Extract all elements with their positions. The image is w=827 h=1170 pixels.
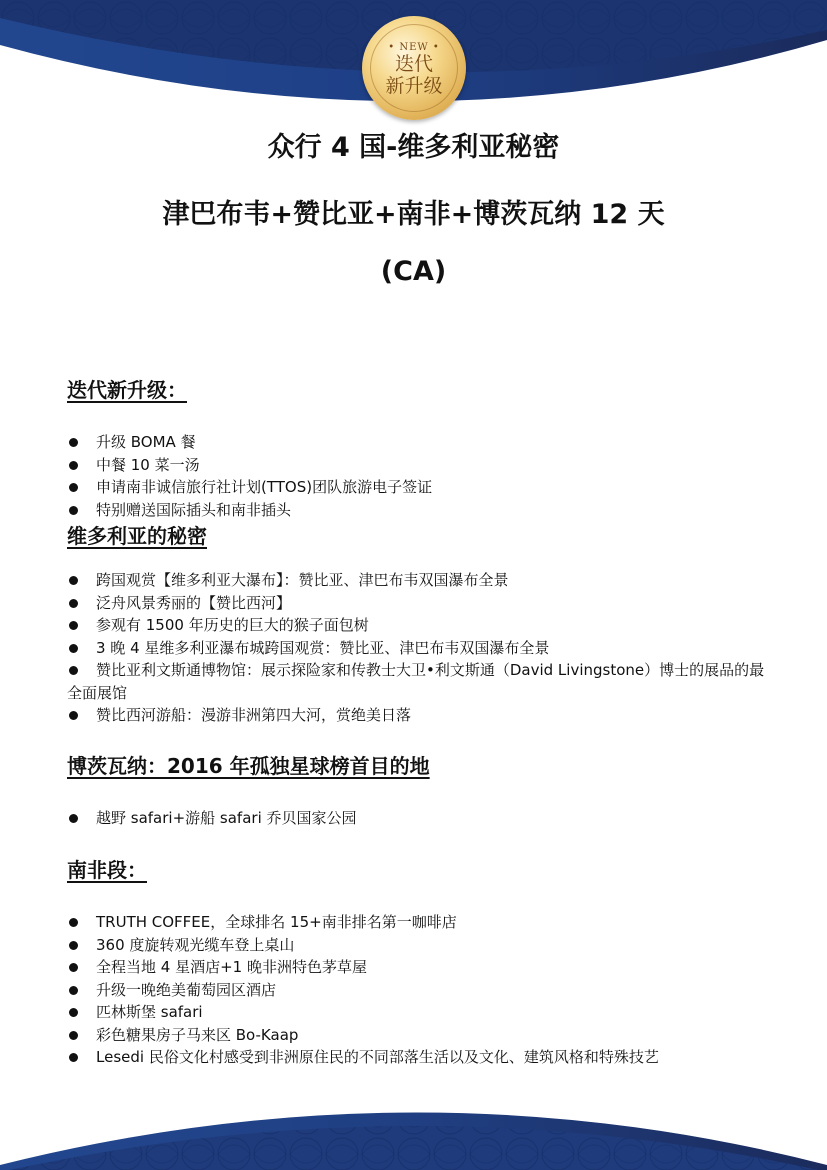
south-africa-list: TRUTH COFFEE，全球排名 15+南非排名第一咖啡店 360 度旋转观光… xyxy=(67,911,659,1069)
badge-ring xyxy=(370,24,458,112)
list-item: 匹林斯堡 safari xyxy=(67,1001,659,1024)
botswana-list: 越野 safari+游船 safari 乔贝国家公园 xyxy=(67,807,430,830)
page-title-line-3: (CA) xyxy=(0,256,827,287)
section-heading: 博茨瓦纳：2016 年孤独星球榜首目的地 xyxy=(67,750,430,779)
section-south-africa: 南非段： TRUTH COFFEE，全球排名 15+南非排名第一咖啡店 360 … xyxy=(67,854,659,1069)
list-item: 360 度旋转观光缆车登上桌山 xyxy=(67,934,659,957)
section-heading: 迭代新升级： xyxy=(67,374,432,403)
footer-banner xyxy=(0,1100,827,1170)
section-heading: 维多利亚的秘密 xyxy=(67,520,777,549)
list-item: 申请南非诚信旅行社计划(TTOS)团队旅游电子签证 xyxy=(67,476,432,499)
list-item: 全程当地 4 星酒店+1 晚非洲特色茅草屋 xyxy=(67,956,659,979)
list-item: 彩色糖果房子马来区 Bo-Kaap xyxy=(67,1024,659,1047)
list-item: 中餐 10 菜一汤 xyxy=(67,454,432,477)
list-item: 特别赠送国际插头和南非插头 xyxy=(67,499,432,522)
section-botswana: 博茨瓦纳：2016 年孤独星球榜首目的地 越野 safari+游船 safari… xyxy=(67,750,430,830)
list-item: 越野 safari+游船 safari 乔贝国家公园 xyxy=(67,807,430,830)
section-upgrades: 迭代新升级： 升级 BOMA 餐 中餐 10 菜一汤 申请南非诚信旅行社计划(T… xyxy=(67,374,432,521)
page-title-line-2: 津巴布韦+赞比亚+南非+博茨瓦纳 12 天 xyxy=(0,192,827,231)
list-item: 升级 BOMA 餐 xyxy=(67,431,432,454)
list-item: Lesedi 民俗文化村感受到非洲原住民的不同部落生活以及文化、建筑风格和特殊技… xyxy=(67,1046,659,1069)
victoria-list: 跨国观赏【维多利亚大瀑布】：赞比亚、津巴布韦双国瀑布全景 泛舟风景秀丽的【赞比西… xyxy=(67,569,777,727)
page-title-line-1: 众行 4 国-维多利亚秘密 xyxy=(0,125,827,164)
list-item: 赞比西河游船：漫游非洲第四大河，赏绝美日落 xyxy=(67,704,777,727)
list-item: 参观有 1500 年历史的巨大的猴子面包树 xyxy=(67,614,777,637)
list-item: TRUTH COFFEE，全球排名 15+南非排名第一咖啡店 xyxy=(67,911,659,934)
list-item: 泛舟风景秀丽的【赞比西河】 xyxy=(67,592,777,615)
list-item: 跨国观赏【维多利亚大瀑布】：赞比亚、津巴布韦双国瀑布全景 xyxy=(67,569,777,592)
new-upgrade-badge: • NEW • 迭代 新升级 xyxy=(362,16,466,120)
list-item: 赞比亚利文斯通博物馆：展示探险家和传教士大卫•利文斯通（David Living… xyxy=(67,659,777,704)
list-item: 升级一晚绝美葡萄园区酒店 xyxy=(67,979,659,1002)
list-item: 3 晚 4 星维多利亚瀑布城跨国观赏：赞比亚、津巴布韦双国瀑布全景 xyxy=(67,637,777,660)
section-heading: 南非段： xyxy=(67,854,659,883)
section-victoria-secret: 维多利亚的秘密 跨国观赏【维多利亚大瀑布】：赞比亚、津巴布韦双国瀑布全景 泛舟风… xyxy=(67,520,777,727)
upgrade-list: 升级 BOMA 餐 中餐 10 菜一汤 申请南非诚信旅行社计划(TTOS)团队旅… xyxy=(67,431,432,521)
